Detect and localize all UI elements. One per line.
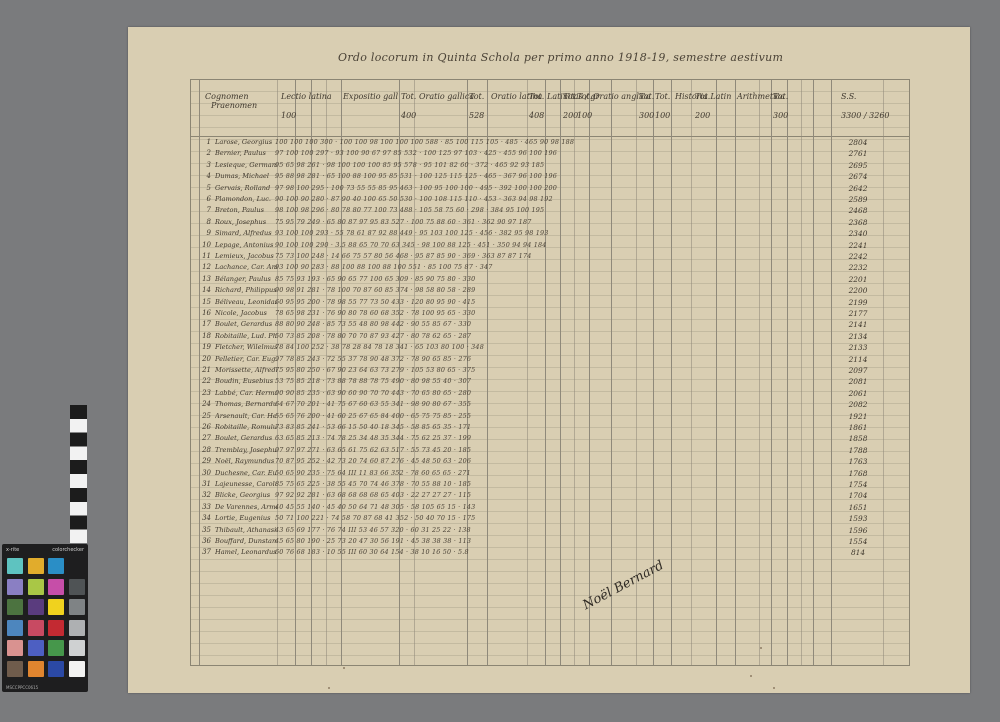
student-row: 7Breton, Paulus98 100 98 296 · 80 78 80 … — [191, 206, 909, 217]
student-name: Bélanger, Paulus — [215, 275, 277, 283]
student-total: 2589 — [833, 195, 883, 204]
student-total: 2674 — [833, 172, 883, 181]
student-row: 9Simard, Alfredus93 100 100 293 · 55 78 … — [191, 229, 909, 240]
header-group-max: 300 — [773, 111, 788, 120]
row-number: 9 — [199, 229, 211, 237]
row-number: 19 — [199, 343, 211, 351]
row-number: 20 — [199, 355, 211, 363]
row-number: 24 — [199, 400, 211, 408]
row-number: 27 — [199, 434, 211, 442]
student-row: 26Robitaille, Romulus73 83 85 241 · 53 6… — [191, 423, 909, 434]
student-name: Lemieux, Jacobus — [215, 252, 277, 260]
row-number: 3 — [199, 161, 211, 169]
student-total: 1754 — [833, 480, 883, 489]
foxing-spot — [328, 687, 330, 689]
student-scores: 50 73 85 208 · 78 80 70 70 87 93 427 · 8… — [275, 332, 820, 340]
color-patch — [69, 579, 85, 595]
student-scores: 78 65 98 231 · 76 90 80 78 60 68 352 · 7… — [275, 309, 820, 317]
header-group-label: Tot. — [577, 92, 592, 101]
header-group-max: 200 — [563, 111, 578, 120]
header-group-label: Tot. — [655, 92, 670, 101]
row-number: 33 — [199, 503, 211, 511]
row-number: 23 — [199, 389, 211, 397]
student-name: Lesieque, Germanus — [215, 161, 277, 169]
row-number: 37 — [199, 548, 211, 556]
student-scores: 85 75 65 225 · 38 55 45 70 74 46 378 · 7… — [275, 480, 820, 488]
header-group-label: Tot. — [529, 92, 544, 101]
student-total: 2134 — [833, 332, 883, 341]
student-scores: 53 75 85 218 · 73 88 78 88 78 75 490 · 8… — [275, 377, 820, 385]
student-total: 1763 — [833, 457, 883, 466]
color-patch — [48, 599, 64, 615]
student-name: Nicole, Jacobus — [215, 309, 277, 317]
row-number: 7 — [199, 206, 211, 214]
header-group-max: 400 — [401, 111, 416, 120]
student-row: 21Morissette, Alfredus75 95 80 250 · 67 … — [191, 366, 909, 377]
student-scores: 75 95 79 249 · 65 80 87 97 95 83 527 · 1… — [275, 218, 820, 226]
student-name: Boulet, Gerardus — [215, 434, 277, 442]
student-scores: 90 98 91 281 · 78 100 70 87 60 85 374 · … — [275, 286, 820, 294]
student-scores: 97 98 100 295 · 100 73 55 55 85 95 463 ·… — [275, 184, 820, 192]
student-name: Lepage, Antonius — [215, 241, 277, 249]
row-number: 14 — [199, 286, 211, 294]
color-patch — [48, 558, 64, 574]
student-total: 2114 — [833, 355, 883, 364]
color-patch — [48, 579, 64, 595]
color-patch — [48, 620, 64, 636]
color-patch — [48, 640, 64, 656]
row-number: 22 — [199, 377, 211, 385]
row-number: 5 — [199, 184, 211, 192]
row-number: 17 — [199, 320, 211, 328]
grade-ledger-table: Cognomen Praenomen Lectio latina 100Expo… — [190, 79, 910, 666]
color-patch — [7, 558, 23, 574]
header-group-label: Oratio gallica — [419, 92, 474, 101]
color-patch — [48, 661, 64, 677]
header-group-label: Tot. — [401, 92, 416, 101]
row-number: 30 — [199, 469, 211, 477]
student-total: 2061 — [833, 389, 883, 398]
student-scores: 100 100 100 300 · 100 100 98 100 100 100… — [275, 138, 820, 146]
student-scores: 90 100 90 280 · 87 90 40 100 65 50 530 ·… — [275, 195, 820, 203]
foxing-spot — [760, 647, 762, 649]
student-name: Tremblay, Josephus — [215, 446, 277, 454]
student-total: 2097 — [833, 366, 883, 375]
row-number: 32 — [199, 491, 211, 499]
student-scores: 75 95 80 250 · 67 90 23 64 63 73 279 · 1… — [275, 366, 820, 374]
student-name: Robitaille, Romulus — [215, 423, 277, 431]
header-group: Tot.100 — [655, 92, 670, 120]
student-name: Boulet, Gerardus — [215, 320, 277, 328]
student-total: 2232 — [833, 263, 883, 272]
color-patch — [7, 661, 23, 677]
header-group-max: 200 — [695, 111, 710, 120]
student-row: 31Lajeunesse, Carolus85 75 65 225 · 38 5… — [191, 480, 909, 491]
student-row: 19Fletcher, Wilelmus78 84 100 252 · 38 7… — [191, 343, 909, 354]
student-total: 2468 — [833, 206, 883, 215]
student-total: 2199 — [833, 298, 883, 307]
student-scores: 93 100 90 283 · 88 100 88 100 88 100 551… — [275, 263, 820, 271]
student-row: 35Thibault, Athanasius43 65 69 177 · 76 … — [191, 526, 909, 537]
student-name: Bouffard, Dunstanus — [215, 537, 277, 545]
color-patch-grid — [7, 558, 85, 677]
student-total: 1858 — [833, 434, 883, 443]
student-scores: 93 100 100 293 · 55 78 61 87 92 88 449 ·… — [275, 229, 820, 237]
student-name: Simard, Alfredus — [215, 229, 277, 237]
row-number: 12 — [199, 263, 211, 271]
student-total: 1921 — [833, 412, 883, 421]
student-name: Lachance, Car. Antonius — [215, 263, 277, 271]
color-patch — [69, 599, 85, 615]
student-row: 12Lachance, Car. Antonius93 100 90 283 ·… — [191, 263, 909, 274]
student-name: Morissette, Alfredus — [215, 366, 277, 374]
row-number: 31 — [199, 480, 211, 488]
student-total: 2133 — [833, 343, 883, 352]
student-scores: 60 95 95 200 · 78 98 55 77 73 50 433 · 1… — [275, 298, 820, 306]
student-name: Blicke, Georgius — [215, 491, 277, 499]
student-total: 2761 — [833, 149, 883, 158]
student-name: Duchesne, Car. Eug. — [215, 469, 277, 477]
student-name: Breton, Paulus — [215, 206, 277, 214]
row-number: 35 — [199, 526, 211, 534]
header-group: Lectio latina 100 — [281, 92, 332, 120]
row-number: 13 — [199, 275, 211, 283]
foxing-spot — [750, 675, 752, 677]
row-number: 2 — [199, 149, 211, 157]
student-name: Hamel, Leonardus — [215, 548, 277, 556]
row-number: 11 — [199, 252, 211, 260]
student-row: 23Labbé, Car. Hermanus90 90 85 235 · 63 … — [191, 389, 909, 400]
student-name: Plamondon, Luc. — [215, 195, 277, 203]
student-scores: 75 73 100 248 · 14 66 75 57 80 56 468 · … — [275, 252, 820, 260]
header-group: Tot.300 — [773, 92, 788, 120]
student-row: 34Lortie, Eugenius50 71 100 221 · 74 58 … — [191, 514, 909, 525]
header-group-max: 3300 / 3260 — [841, 111, 890, 120]
student-name: Gervais, Rolland — [215, 184, 277, 192]
student-total: 2081 — [833, 377, 883, 386]
color-patch — [69, 661, 85, 677]
student-scores: 43 65 69 177 · 76 74 III 53 46 57 320 · … — [275, 526, 820, 534]
student-row: 3Lesieque, Germanus95 65 98 261 · 98 100… — [191, 161, 909, 172]
row-number: 25 — [199, 412, 211, 420]
colorchecker-footer: MSCCPPCC0615 — [6, 685, 38, 690]
header-group: Tot.200 — [563, 92, 578, 120]
row-number: 28 — [199, 446, 211, 454]
student-row: 37Hamel, Leonardus60 76 68 183 · 10 55 I… — [191, 548, 909, 559]
xrite-logo: x-rite — [6, 547, 19, 553]
student-row: 11Lemieux, Jacobus75 73 100 248 · 14 66 … — [191, 252, 909, 263]
header-group-label: Tot. — [563, 92, 578, 101]
student-total: 2141 — [833, 320, 883, 329]
header-group-max: 408 — [529, 111, 544, 120]
student-row: 20Pelletier, Car. Eug.97 78 85 243 · 72 … — [191, 355, 909, 366]
foxing-spot — [773, 687, 775, 689]
student-scores: 60 76 68 183 · 10 55 III 60 30 64 154 · … — [275, 548, 820, 556]
student-scores: 73 83 85 241 · 53 66 15 50 40 18 345 · 5… — [275, 423, 820, 431]
student-row: 14Richard, Philippus90 98 91 281 · 78 10… — [191, 286, 909, 297]
header-group: Tot.528 — [469, 92, 484, 120]
header-group: Tot.100 — [577, 92, 592, 120]
header-group-label: Lectio latina — [281, 92, 332, 101]
header-group: Tot.200 — [695, 92, 710, 120]
student-row: 27Boulet, Gerardus63 65 85 213 · 74 78 2… — [191, 434, 909, 445]
student-row: 2Bernier, Paulus97 100 100 297 · 93 100 … — [191, 149, 909, 160]
color-patch — [7, 640, 23, 656]
student-total: 1596 — [833, 526, 883, 535]
student-scores: 40 45 55 140 · 45 40 50 64 71 48 305 · 5… — [275, 503, 820, 511]
header-group-max: 528 — [469, 111, 484, 120]
student-scores: 95 88 98 281 · 65 100 88 100 95 85 531 ·… — [275, 172, 820, 180]
student-row: 8Roux, Josephus75 95 79 249 · 65 80 87 9… — [191, 218, 909, 229]
student-total: 2695 — [833, 161, 883, 170]
student-row: 30Duchesne, Car. Eug.50 65 90 235 · 75 6… — [191, 469, 909, 480]
row-number: 36 — [199, 537, 211, 545]
student-total: 2642 — [833, 184, 883, 193]
student-name: Dumas, Michael — [215, 172, 277, 180]
document-title: Ordo locorum in Quinta Schola per primo … — [338, 51, 898, 64]
student-total: 1593 — [833, 514, 883, 523]
colorchecker-label: colorchecker — [52, 547, 84, 553]
student-total: 2177 — [833, 309, 883, 318]
row-number: 10 — [199, 241, 211, 249]
student-total: 2804 — [833, 138, 883, 147]
color-patch — [7, 620, 23, 636]
student-name: Lajeunesse, Carolus — [215, 480, 277, 488]
row-number: 26 — [199, 423, 211, 431]
student-row: 22Boudin, Eusebius53 75 85 218 · 73 88 7… — [191, 377, 909, 388]
student-scores: 63 65 85 213 · 74 78 25 34 48 35 344 · 7… — [275, 434, 820, 442]
student-scores: 64 67 70 201 · 41 75 67 60 63 55 341 · 9… — [275, 400, 820, 408]
student-row: 1Larose, Georgius100 100 100 300 · 100 1… — [191, 138, 909, 149]
student-scores: 55 65 76 200 · 41 60 25 67 65 84 400 · 6… — [275, 412, 820, 420]
student-row: 28Tremblay, Josephus97 97 97 271 · 63 65… — [191, 446, 909, 457]
student-name: Fletcher, Wilelmus — [215, 343, 277, 351]
student-name: Béliveau, Leonidas — [215, 298, 277, 306]
student-scores: 90 90 85 235 · 63 90 60 90 70 70 443 · 7… — [275, 389, 820, 397]
student-total: 2241 — [833, 241, 883, 250]
student-row: 33De Varennes, Armandus40 45 55 140 · 45… — [191, 503, 909, 514]
header-group: Tot.300 — [639, 92, 654, 120]
header-group: Tot.400 — [401, 92, 416, 120]
student-scores: 78 84 100 252 · 38 78 28 84 78 18 341 · … — [275, 343, 820, 351]
student-scores: 97 97 97 271 · 63 65 61 75 62 63 517 · 5… — [275, 446, 820, 454]
color-patch — [28, 620, 44, 636]
header-group-label: S.S. — [841, 92, 890, 101]
student-scores: 95 65 98 261 · 98 100 100 100 85 95 578 … — [275, 161, 820, 169]
row-number: 34 — [199, 514, 211, 522]
student-row: 15Béliveau, Leonidas60 95 95 200 · 78 98… — [191, 298, 909, 309]
student-name: Thibault, Athanasius — [215, 526, 277, 534]
student-scores: 97 100 100 297 · 93 100 90 67 97 85 532 … — [275, 149, 820, 157]
row-number: 6 — [199, 195, 211, 203]
row-number: 29 — [199, 457, 211, 465]
student-name: Robitaille, Lud. Philipp. — [215, 332, 277, 340]
student-row: 36Bouffard, Dunstanus45 65 80 190 · 25 7… — [191, 537, 909, 548]
header-group-max: 100 — [655, 111, 670, 120]
header-group: Oratio gallica — [419, 92, 474, 111]
color-patch — [28, 640, 44, 656]
student-row: 6Plamondon, Luc.90 100 90 280 · 87 90 40… — [191, 195, 909, 206]
student-scores: 88 80 90 248 · 85 73 55 48 80 98 442 · 9… — [275, 320, 820, 328]
student-scores: 50 65 90 235 · 75 64 III 11 83 66 352 · … — [275, 469, 820, 477]
student-scores: 97 92 92 281 · 63 68 68 68 68 65 403 · 2… — [275, 491, 820, 499]
row-number: 18 — [199, 332, 211, 340]
color-patch — [7, 579, 23, 595]
student-name: Roux, Josephus — [215, 218, 277, 226]
header-group-label: Tot. — [469, 92, 484, 101]
header-group-label: Tot. — [639, 92, 654, 101]
row-number: 8 — [199, 218, 211, 226]
student-total: 1768 — [833, 469, 883, 478]
header-group-label: Expositio gall — [343, 92, 398, 101]
header-group-max: 100 — [281, 111, 332, 120]
student-row: 10Lepage, Antonius90 100 100 290 · 3.5 8… — [191, 241, 909, 252]
student-total: 2368 — [833, 218, 883, 227]
header-group-max: 100 — [577, 111, 592, 120]
student-total: 2201 — [833, 275, 883, 284]
student-total: 1788 — [833, 446, 883, 455]
student-scores: 97 78 85 243 · 72 55 37 78 90 48 372 · 7… — [275, 355, 820, 363]
student-name: Bernier, Paulus — [215, 149, 277, 157]
row-number: 16 — [199, 309, 211, 317]
grayscale-scale-bar — [70, 405, 87, 543]
student-row: 32Blicke, Georgius97 92 92 281 · 63 68 6… — [191, 491, 909, 502]
student-total: 1704 — [833, 491, 883, 500]
colorchecker-brand: x-rite colorchecker — [6, 547, 84, 553]
header-group-label: Tot. — [695, 92, 710, 101]
student-row: 5Gervais, Rolland97 98 100 295 · 100 73 … — [191, 184, 909, 195]
student-total: 1651 — [833, 503, 883, 512]
student-scores: 90 100 100 290 · 3.5 88 65 70 70 63 345 … — [275, 241, 820, 249]
student-name: Larose, Georgius — [215, 138, 277, 146]
student-row: 16Nicole, Jacobus78 65 98 231 · 76 90 80… — [191, 309, 909, 320]
colorchecker-card: x-rite colorchecker MSCCPPCC0615 — [2, 544, 88, 692]
student-name: Arsenault, Car. Hermanus — [215, 412, 277, 420]
student-row: 25Arsenault, Car. Hermanus55 65 76 200 ·… — [191, 412, 909, 423]
student-row: 18Robitaille, Lud. Philipp.50 73 85 208 … — [191, 332, 909, 343]
student-name: Richard, Philippus — [215, 286, 277, 294]
header-group: S.S.3300 / 3260 — [841, 92, 890, 120]
student-total: 2082 — [833, 400, 883, 409]
color-patch — [7, 599, 23, 615]
student-row: 17Boulet, Gerardus88 80 90 248 · 85 73 5… — [191, 320, 909, 331]
row-number: 21 — [199, 366, 211, 374]
student-total: 2200 — [833, 286, 883, 295]
header-name-col: Cognomen Praenomen — [205, 92, 257, 110]
header-group-label: Tot. — [773, 92, 788, 101]
row-number: 1 — [199, 138, 211, 146]
row-number: 15 — [199, 298, 211, 306]
color-patch — [69, 620, 85, 636]
student-name: Labbé, Car. Hermanus — [215, 389, 277, 397]
color-patch — [28, 558, 44, 574]
foxing-spot — [343, 667, 345, 669]
student-scores: 45 65 80 190 · 25 73 20 47 30 56 191 · 4… — [275, 537, 820, 545]
ledger-sheet: Ordo locorum in Quinta Schola per primo … — [128, 27, 970, 693]
color-patch — [28, 599, 44, 615]
header-group: Expositio gall — [343, 92, 398, 111]
student-total: 2242 — [833, 252, 883, 261]
student-name: Noël, Raymundus — [215, 457, 277, 465]
student-total: 1554 — [833, 537, 883, 546]
header-group: Tot.408 — [529, 92, 544, 120]
student-name: Pelletier, Car. Eug. — [215, 355, 277, 363]
student-scores: 50 71 100 221 · 74 58 70 87 68 41 352 · … — [275, 514, 820, 522]
student-row: 24Thomas, Bernardus64 67 70 201 · 41 75 … — [191, 400, 909, 411]
color-patch — [69, 558, 85, 574]
student-name: Boudin, Eusebius — [215, 377, 277, 385]
student-total: 814 — [833, 548, 883, 557]
student-name: De Varennes, Armandus — [215, 503, 277, 511]
student-total: 1861 — [833, 423, 883, 432]
student-name: Thomas, Bernardus — [215, 400, 277, 408]
student-name: Lortie, Eugenius — [215, 514, 277, 522]
student-row: 13Bélanger, Paulus85 75 93 193 · 65 90 6… — [191, 275, 909, 286]
header-group-max: 300 — [639, 111, 654, 120]
student-row: 29Noël, Raymundus70 87 95 252 · 42 73 20… — [191, 457, 909, 468]
student-scores: 85 75 93 193 · 65 90 65 77 100 65 309 · … — [275, 275, 820, 283]
student-scores: 70 87 95 252 · 42 73 20 74 60 87 276 · 4… — [275, 457, 820, 465]
student-row: 4Dumas, Michael95 88 98 281 · 65 100 88 … — [191, 172, 909, 183]
student-scores: 98 100 98 296 · 80 78 80 77 100 73 488 ·… — [275, 206, 820, 214]
color-patch — [28, 661, 44, 677]
color-patch — [69, 640, 85, 656]
color-patch — [28, 579, 44, 595]
student-total: 2340 — [833, 229, 883, 238]
row-number: 4 — [199, 172, 211, 180]
